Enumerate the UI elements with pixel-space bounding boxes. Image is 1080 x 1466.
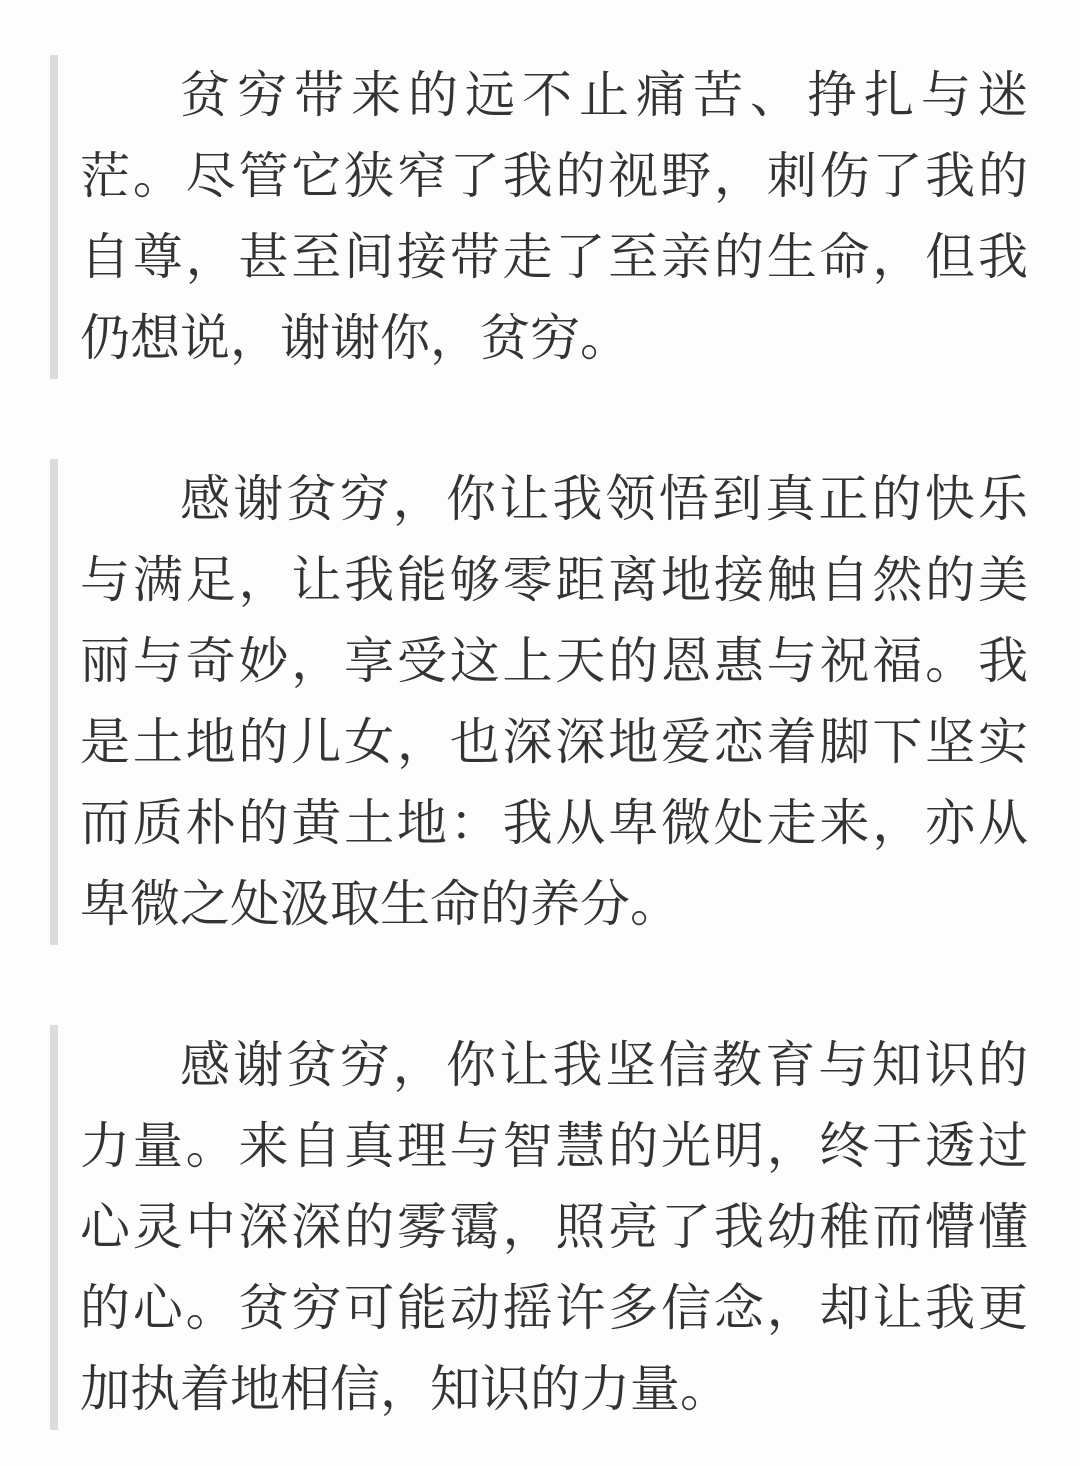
quote-paragraph: 感谢贫穷，你让我坚信教育与知识的力量。来自真理与智慧的光明，终于透过心灵中深深的… <box>50 1025 1030 1430</box>
paragraph-text: 感谢贫穷，你让我坚信教育与知识的力量。来自真理与智慧的光明，终于透过心灵中深深的… <box>80 1025 1028 1430</box>
quote-paragraph: 贫穷带来的远不止痛苦、挣扎与迷茫。尽管它狭窄了我的视野，刺伤了我的自尊，甚至间接… <box>50 55 1030 379</box>
quote-bar <box>50 55 58 379</box>
quote-bar <box>50 1025 58 1430</box>
paragraph-text: 感谢贫穷，你让我领悟到真正的快乐与满足，让我能够零距离地接触自然的美丽与奇妙，享… <box>80 459 1028 945</box>
quote-bar <box>50 459 58 945</box>
paragraph-text: 贫穷带来的远不止痛苦、挣扎与迷茫。尽管它狭窄了我的视野，刺伤了我的自尊，甚至间接… <box>80 55 1028 379</box>
article-body: 贫穷带来的远不止痛苦、挣扎与迷茫。尽管它狭窄了我的视野，刺伤了我的自尊，甚至间接… <box>50 55 1030 1430</box>
quote-paragraph: 感谢贫穷，你让我领悟到真正的快乐与满足，让我能够零距离地接触自然的美丽与奇妙，享… <box>50 459 1030 945</box>
